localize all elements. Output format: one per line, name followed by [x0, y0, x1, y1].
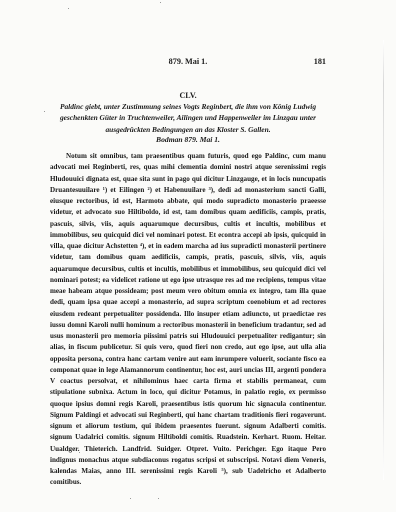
- scan-speck: [160, 2, 161, 3]
- place-date: Bodman 879. Mai 1.: [50, 135, 326, 144]
- scan-speck: [158, 498, 159, 499]
- scan-speck: [79, 452, 80, 453]
- scan-speck: [68, 8, 69, 9]
- scan-speck: [44, 111, 45, 112]
- running-head-date: 879. Mai 1.: [50, 57, 326, 66]
- document-number: CLV.: [50, 91, 326, 100]
- running-head: 879. Mai 1. 181: [50, 57, 326, 69]
- scan-speck: [130, 498, 131, 499]
- document-summary: Paldinc giebt, unter Zustimmung seines V…: [50, 101, 326, 135]
- page-number: 181: [314, 57, 326, 66]
- scan-edge-shadow: [383, 40, 384, 480]
- charter-body-text: Notum sit omnibus, tam praesentibus quam…: [50, 151, 326, 489]
